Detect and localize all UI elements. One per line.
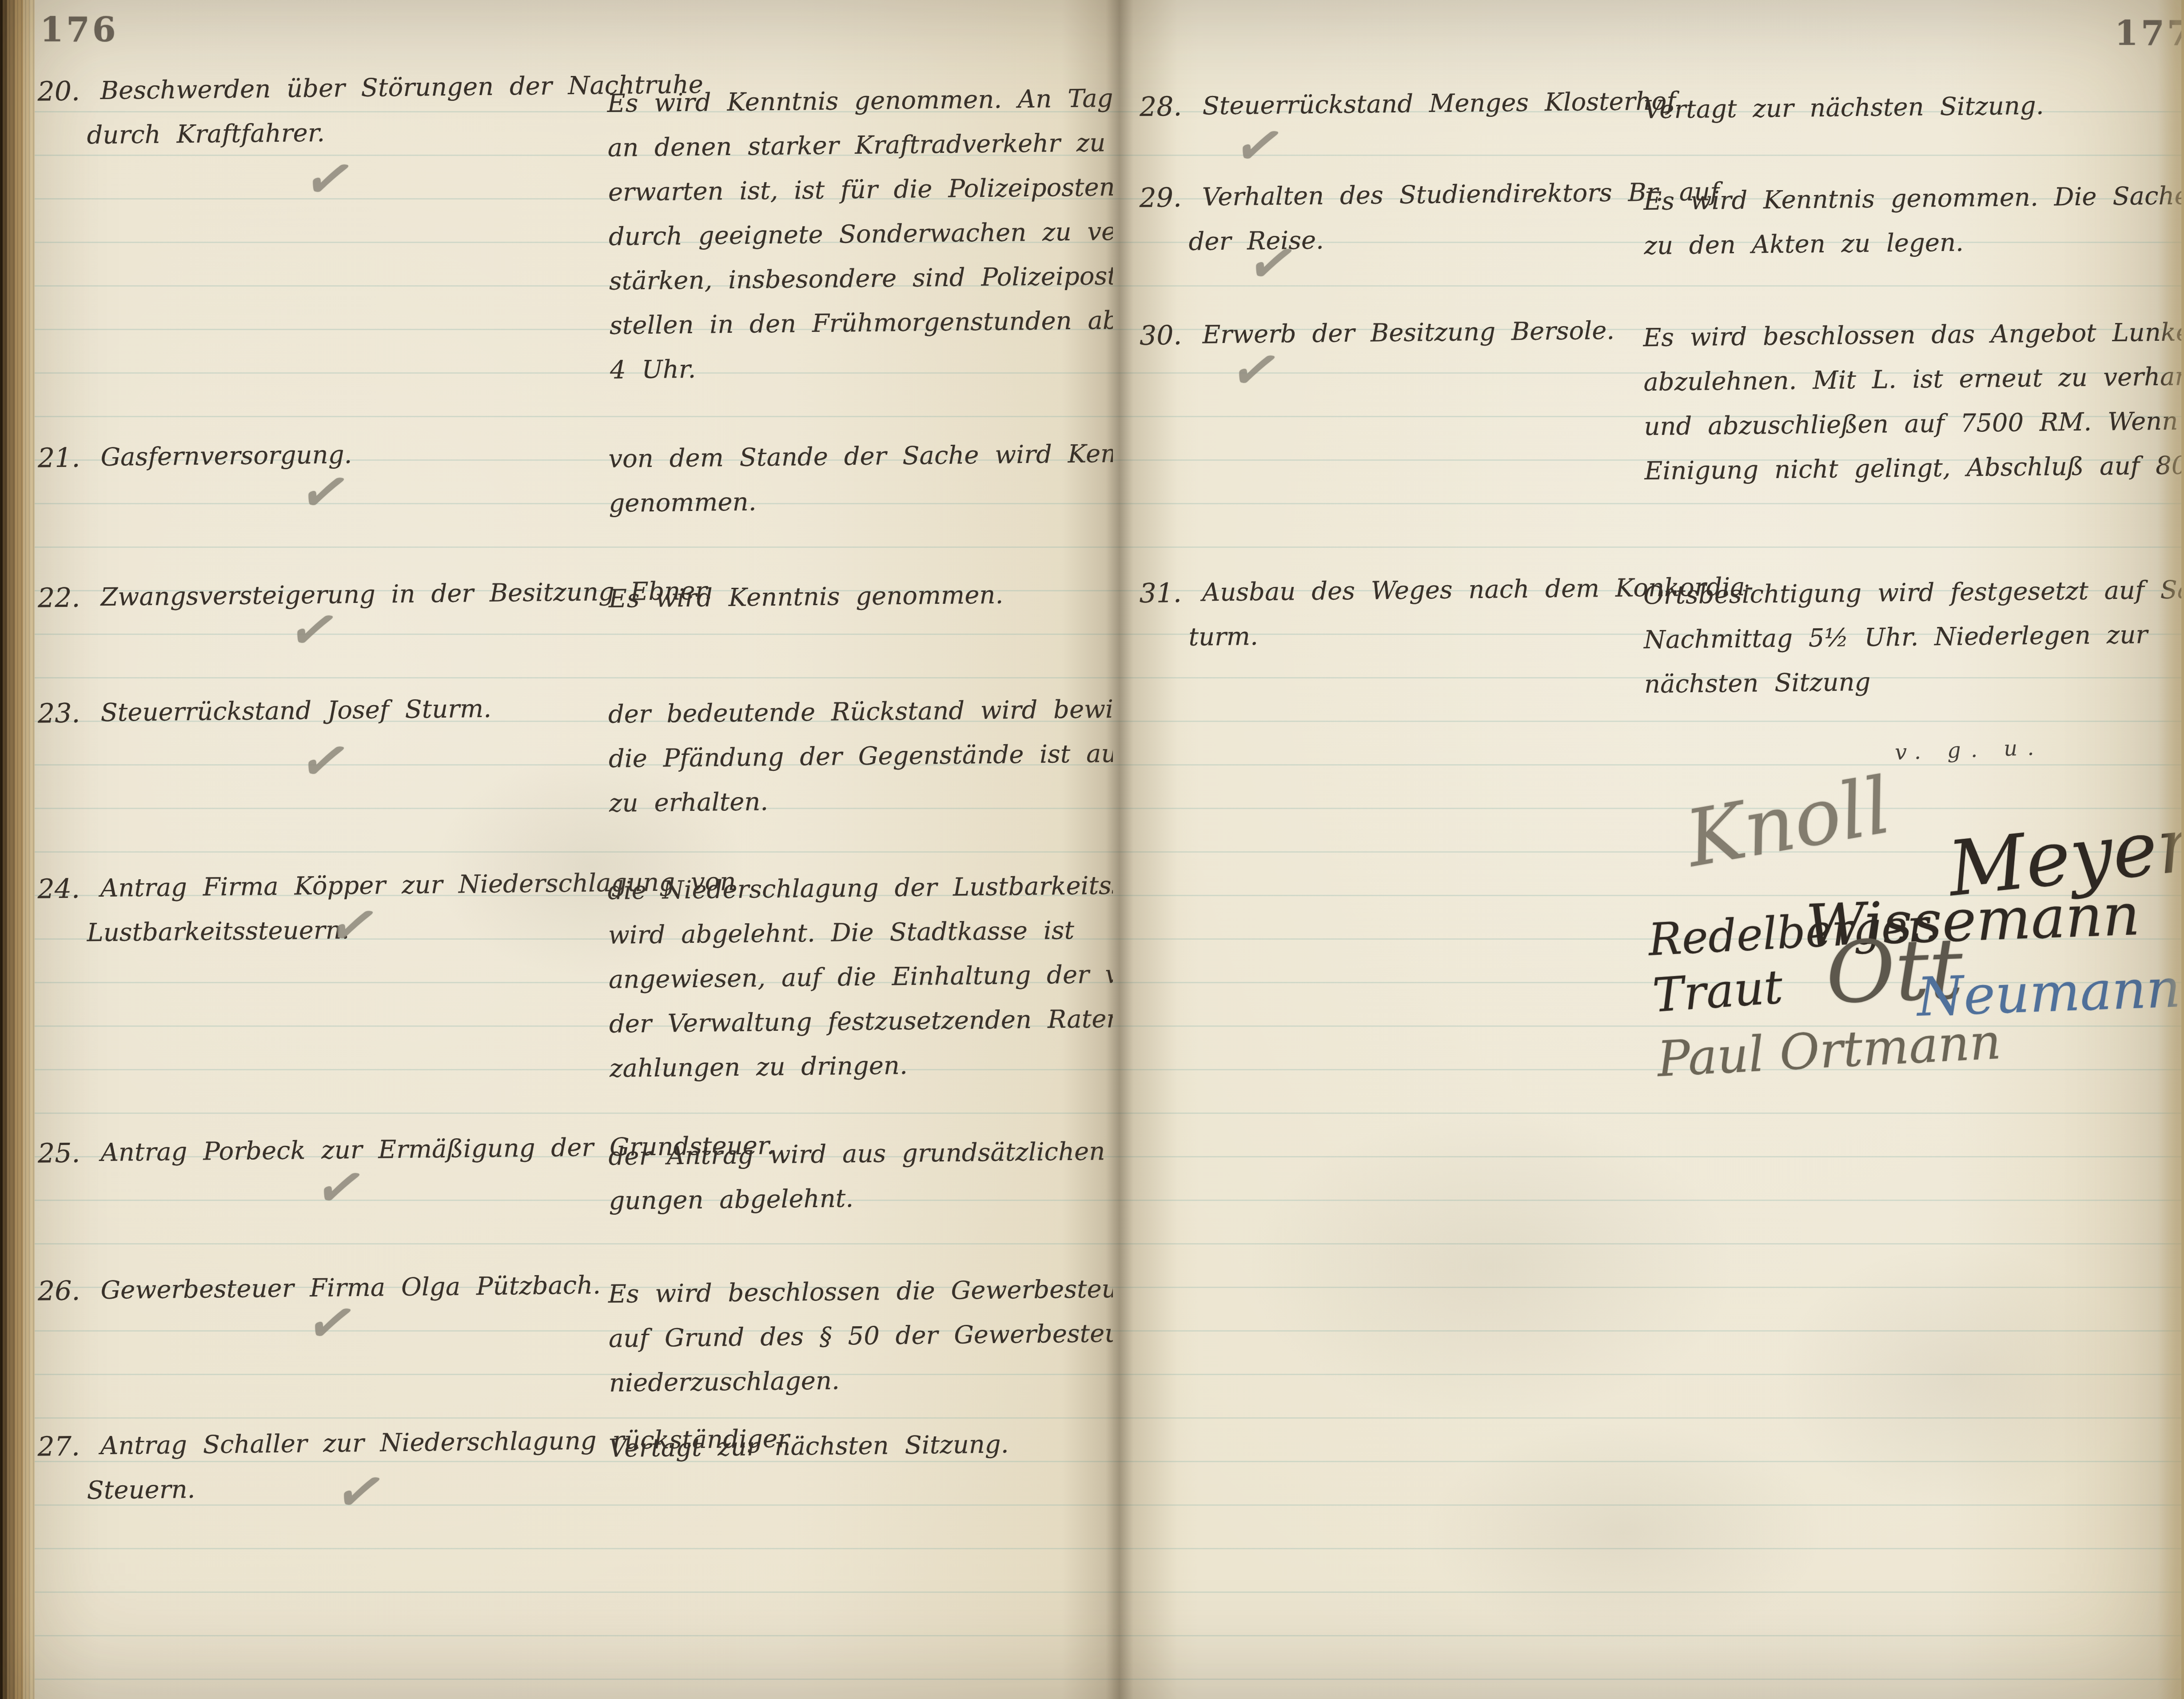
entry-number: 25.	[38, 1131, 80, 1176]
agenda-entry-30: 30. Erwerb der Besitzung Bersole.	[1140, 308, 1642, 358]
decision-entry-28: Vertagt zur nächsten Sitzung.	[1644, 83, 2160, 132]
decision-line: auf Grund des § 50 der Gewerbesteuervero…	[609, 1312, 1107, 1361]
decision-line: abzulehnen. Mit L. ist erneut zu verhand…	[1643, 355, 2164, 405]
decision-line: der Verwaltung festzusetzenden Raten-	[609, 997, 1107, 1047]
decision-line: Es wird beschlossen das Angebot Lunkenba…	[1643, 311, 2163, 360]
agenda-entry-27: 27. Antrag Schaller zur Niederschlagung …	[37, 1419, 598, 1513]
decision-entry-23: der bedeutende Rückstand wird bewilligt,…	[608, 687, 1107, 826]
decision-line: angewiesen, auf die Einhaltung der von	[609, 953, 1107, 1002]
entry-number: 30.	[1140, 313, 1182, 358]
decision-line: niederzuschlagen.	[609, 1356, 1107, 1406]
agenda-entry-20: 20. Beschwerden über Störungen der Nacht…	[37, 64, 589, 159]
agenda-entry-31: 31. Ausbau des Weges nach dem Konkordia-…	[1139, 566, 1642, 660]
agenda-entry-28: 28. Steuerrückstand Menges Klosterhof.	[1140, 80, 1642, 129]
decision-line: Ortsbesichtigung wird festgesetzt auf Sa…	[1643, 568, 2163, 618]
decision-entry-29: Es wird Kenntnis genommen. Die Sache ist…	[1643, 174, 2160, 268]
entry-subject-line: Steuern.	[38, 1463, 598, 1513]
decision-line: stärken, insbesondere sind Polizeiposten…	[609, 254, 1107, 304]
decision-line: Vertagt zur nächsten Sitzung.	[609, 1421, 1107, 1471]
entry-subject-line: Verhalten des Studiendirektors Br. auf	[1202, 170, 1719, 219]
decision-entry-26: Es wird beschlossen die Gewerbesteuer au…	[608, 1267, 1107, 1406]
decision-entry-30: Es wird beschlossen das Angebot Lunkenba…	[1643, 311, 2164, 494]
decision-line: erwarten ist, ist für die Polizeiposten	[608, 165, 1106, 215]
decision-line: Nachmittag 5½ Uhr. Niederlegen zur	[1644, 613, 2164, 662]
entry-subject-line: Lustbarkeitssteuern.	[38, 906, 589, 956]
entry-number: 27.	[37, 1424, 80, 1469]
decision-line: gungen abgelehnt.	[609, 1174, 1107, 1224]
entry-number: 26.	[38, 1268, 80, 1313]
decision-entry-20: Es wird Kenntnis genommen. An Tagen, an …	[607, 76, 1108, 393]
decision-line: 4 Uhr.	[610, 343, 1108, 393]
decision-line: nächsten Sitzung	[1644, 657, 2164, 707]
decision-entry-24: die Niederschlagung der Lustbarkeitssteu…	[607, 864, 1107, 1091]
page-number: 176	[40, 10, 119, 49]
decision-line: Vertagt zur nächsten Sitzung.	[1644, 83, 2160, 132]
page-176: 176 20. Beschwerden über Störungen der N…	[35, 0, 1113, 1699]
signature: Traut	[1651, 960, 1784, 1023]
decision-line: zu den Akten zu legen.	[1644, 219, 2160, 268]
closing-formula-vgu: v. g. u.	[1894, 735, 2044, 765]
decision-line: an denen starker Kraftradverkehr zu	[607, 121, 1105, 171]
entry-number: 24.	[37, 866, 80, 911]
entry-number: 21.	[38, 435, 80, 480]
entry-subject-line: turm.	[1140, 610, 1642, 660]
decision-line: genommen.	[609, 476, 1107, 526]
decision-line: Einigung nicht gelingt, Abschluß auf 800…	[1644, 444, 2164, 494]
decision-line: von dem Stande der Sache wird Kenntnis	[608, 432, 1106, 482]
decision-entry-31: Ortsbesichtigung wird festgesetzt auf Sa…	[1643, 568, 2164, 707]
agenda-entry-29: 29. Verhalten des Studiendirektors Br. a…	[1139, 171, 1642, 265]
entry-number: 22.	[38, 575, 80, 620]
decision-line: und abzuschließen auf 7500 RM. Wenn	[1644, 399, 2164, 449]
decision-line: die Niederschlagung der Lustbarkeitssteu…	[607, 864, 1105, 913]
entry-number: 28.	[1140, 84, 1182, 129]
decision-line: der Antrag wird aus grundsätzlichen Erwä…	[608, 1129, 1106, 1179]
decision-entry-22: Es wird Kenntnis genommen.	[609, 572, 1107, 622]
entry-subject-line: Steuerrückstand Josef Sturm.	[100, 687, 492, 735]
book-page-stack-edge	[0, 0, 35, 1699]
entry-number: 20.	[37, 69, 80, 114]
decision-line: wird abgelehnt. Die Stadtkasse ist	[608, 908, 1106, 958]
decision-entry-25: der Antrag wird aus grundsätzlichen Erwä…	[608, 1129, 1107, 1224]
ledger-scan-spread: 176 20. Beschwerden über Störungen der N…	[0, 0, 2184, 1699]
right-page-edge	[2157, 0, 2184, 1699]
decision-line: Es wird Kenntnis genommen.	[609, 572, 1107, 622]
entry-number: 31.	[1139, 571, 1182, 616]
agenda-entry-24: 24. Antrag Firma Köpper zur Niederschlag…	[37, 861, 589, 956]
decision-line: zahlungen zu dringen.	[610, 1041, 1108, 1091]
agenda-entry-25: 25. Antrag Porbeck zur Ermäßigung der Gr…	[38, 1126, 589, 1176]
decision-line: Es wird Kenntnis genommen. Die Sache ist	[1643, 174, 2159, 224]
decision-line: stellen in den Frühmorgenstunden ab	[610, 299, 1108, 348]
entry-subject-line: der Reise.	[1140, 215, 1642, 265]
entry-number: 29.	[1139, 175, 1182, 220]
decision-line: Es wird Kenntnis genommen. An Tagen,	[607, 76, 1105, 126]
decision-line: der bedeutende Rückstand wird bewilligt,	[608, 687, 1106, 737]
decision-entry-21: von dem Stande der Sache wird Kenntnis g…	[608, 432, 1107, 526]
page-177: 177 28. Steuerrückstand Menges Klosterho…	[1113, 0, 2184, 1699]
decision-entry-27: Vertagt zur nächsten Sitzung.	[609, 1421, 1107, 1471]
decision-line: die Pfändung der Gegenstände ist aufrech…	[609, 732, 1107, 782]
decision-line: durch geeignete Sonderwachen zu ver-	[609, 210, 1107, 259]
entry-number: 23.	[38, 691, 80, 736]
decision-line: Es wird beschlossen die Gewerbesteuer	[608, 1267, 1106, 1317]
decision-line: zu erhalten.	[609, 776, 1107, 826]
